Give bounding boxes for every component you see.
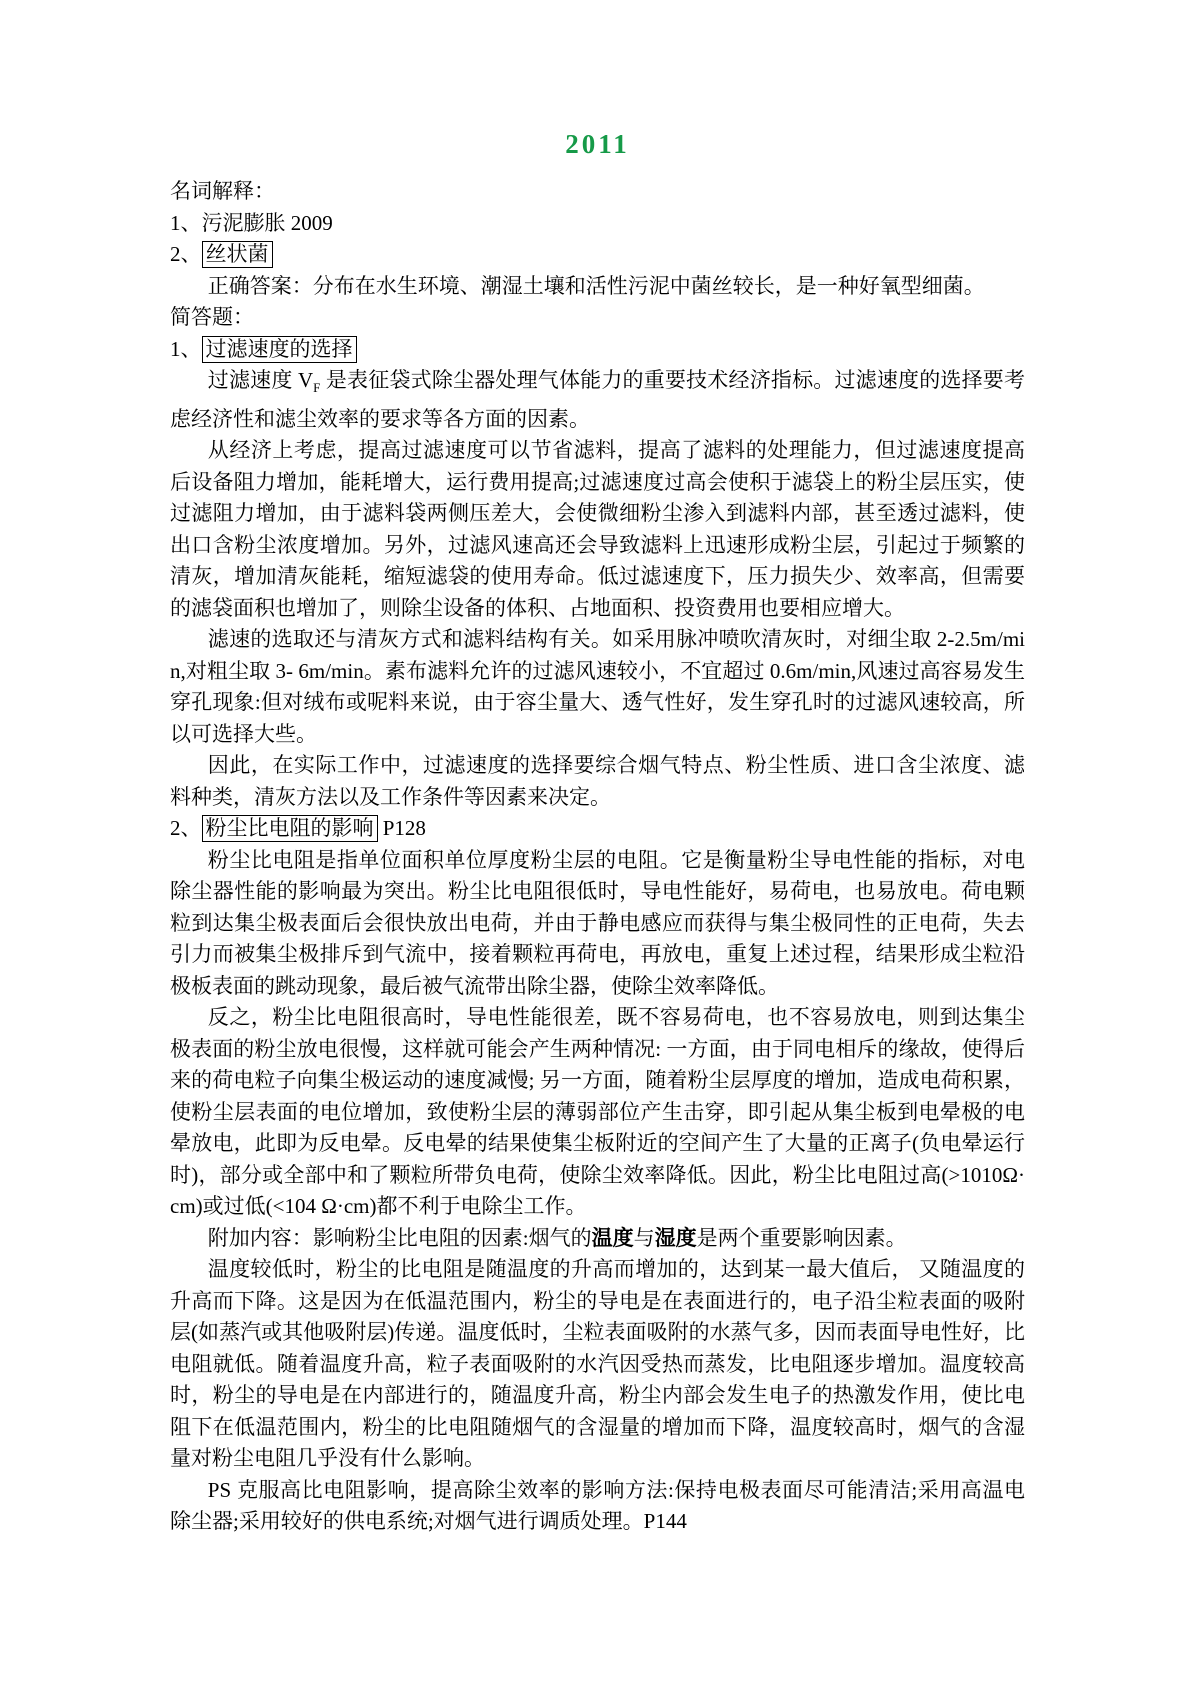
paragraph: 因此，在实际工作中，过滤速度的选择要综合烟气特点、粉尘性质、进口含尘浓度、滤料种… [170, 750, 1025, 813]
text-segment: 与 [634, 1226, 655, 1250]
boxed-term: 过滤速度的选择 [202, 336, 357, 363]
paragraph: 从经济上考虑，提高过滤速度可以节省滤料，提高了滤料的处理能力，但过滤速度提高后设… [170, 435, 1025, 624]
page-title: 2011 [170, 128, 1025, 160]
text-segment: 简答题： [170, 305, 254, 329]
text-segment: 反之，粉尘比电阻很高时，导电性能很差，既不容易荷电，也不容易放电，则到达集尘极表… [170, 1005, 1025, 1218]
text-segment: 正确答案：分布在水生环境、潮湿土壤和活性污泥中菌丝较长，是一种好氧型细菌。 [208, 274, 985, 298]
paragraph: 反之，粉尘比电阻很高时，导电性能很差，既不容易荷电，也不容易放电，则到达集尘极表… [170, 1002, 1025, 1223]
paragraph: 简答题： [170, 302, 1025, 334]
paragraph: 2、丝状菌 [170, 239, 1025, 271]
paragraph: 名词解释： [170, 176, 1025, 208]
paragraph: 滤速的选取还与清灰方式和滤料结构有关。如采用脉冲喷吹清灰时，对细尘取 2-2.5… [170, 624, 1025, 750]
paragraph: 粉尘比电阻是指单位面积单位厚度粉尘层的电阻。它是衡量粉尘导电性能的指标，对电除尘… [170, 845, 1025, 1003]
text-segment: 附加内容：影响粉尘比电阻的因素:烟气的 [208, 1226, 592, 1250]
text-segment: 2、 [170, 242, 202, 266]
text-segment: 是两个重要影响因素。 [697, 1226, 907, 1250]
boxed-term: 丝状菌 [202, 241, 273, 268]
paragraph: 正确答案：分布在水生环境、潮湿土壤和活性污泥中菌丝较长，是一种好氧型细菌。 [170, 271, 1025, 303]
text-segment: 名词解释： [170, 179, 275, 203]
document-body: 名词解释：1、污泥膨胀 20092、丝状菌正确答案：分布在水生环境、潮湿土壤和活… [170, 176, 1025, 1538]
paragraph: PS 克服高比电阻影响，提高除尘效率的影响方法:保持电极表面尽可能清洁;采用高温… [170, 1475, 1025, 1538]
text-segment: PS 克服高比电阻影响，提高除尘效率的影响方法:保持电极表面尽可能清洁;采用高温… [170, 1478, 1025, 1534]
text-segment: 湿度 [655, 1226, 697, 1250]
document-page: 2011 名词解释：1、污泥膨胀 20092、丝状菌正确答案：分布在水生环境、潮… [0, 0, 1190, 1683]
text-segment: 1、污泥膨胀 2009 [170, 211, 333, 235]
paragraph: 温度较低时，粉尘的比电阻是随温度的升高而增加的，达到某一最大值后， 又随温度的升… [170, 1254, 1025, 1475]
text-segment: 从经济上考虑，提高过滤速度可以节省滤料，提高了滤料的处理能力，但过滤速度提高后设… [170, 438, 1025, 620]
paragraph: 过滤速度 VF 是表征袋式除尘器处理气体能力的重要技术经济指标。过滤速度的选择要… [170, 365, 1025, 435]
text-segment: 粉尘比电阻是指单位面积单位厚度粉尘层的电阻。它是衡量粉尘导电性能的指标，对电除尘… [170, 848, 1025, 998]
text-segment: 1、 [170, 337, 202, 361]
boxed-term: 粉尘比电阻的影响 [202, 815, 378, 842]
paragraph: 附加内容：影响粉尘比电阻的因素:烟气的温度与湿度是两个重要影响因素。 [170, 1223, 1025, 1255]
text-segment: 温度 [592, 1226, 634, 1250]
paragraph: 1、污泥膨胀 2009 [170, 208, 1025, 240]
text-segment: 过滤速度 V [208, 368, 313, 392]
paragraph: 2、粉尘比电阻的影响 P128 [170, 813, 1025, 845]
text-segment: 温度较低时，粉尘的比电阻是随温度的升高而增加的，达到某一最大值后， 又随温度的升… [170, 1257, 1025, 1470]
text-segment: 因此，在实际工作中，过滤速度的选择要综合烟气特点、粉尘性质、进口含尘浓度、滤料种… [170, 753, 1025, 809]
paragraph: 1、过滤速度的选择 [170, 334, 1025, 366]
text-segment: 滤速的选取还与清灰方式和滤料结构有关。如采用脉冲喷吹清灰时，对细尘取 2-2.5… [170, 627, 1025, 746]
text-segment: 2、 [170, 816, 202, 840]
text-segment: P128 [378, 816, 426, 840]
